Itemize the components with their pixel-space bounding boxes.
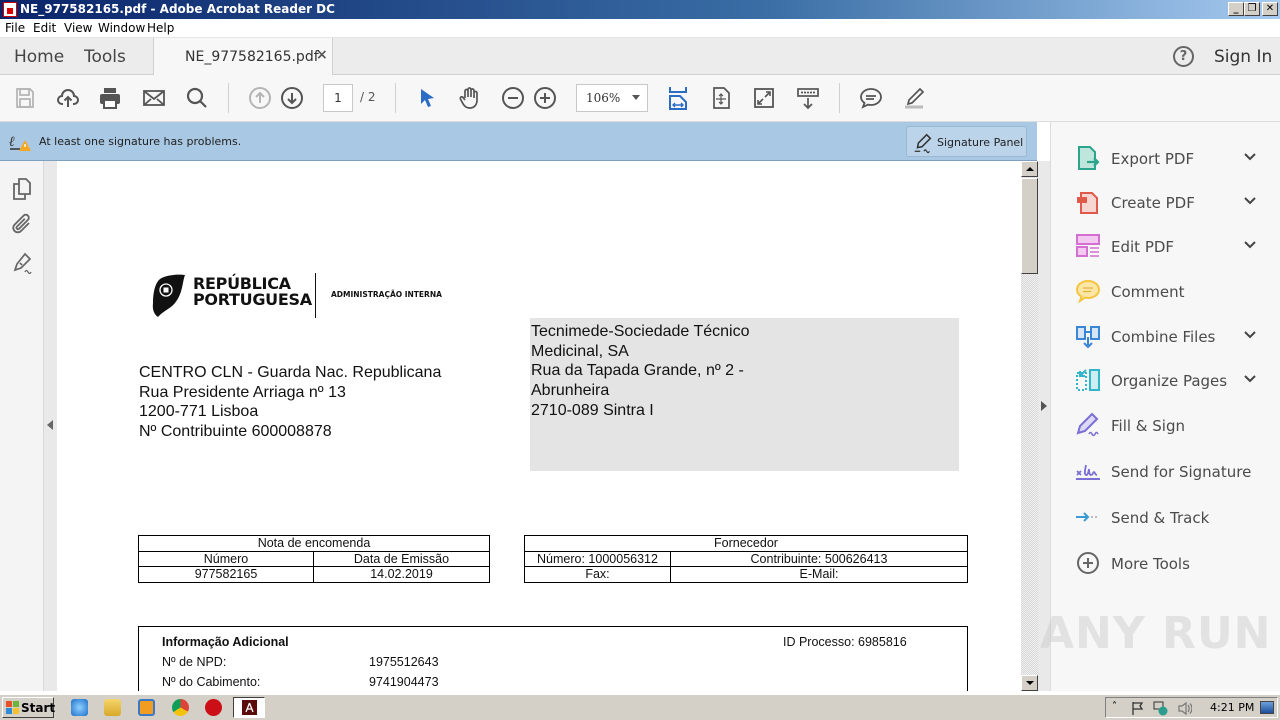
tool-label: Comment [1111, 283, 1185, 301]
prev-page-icon[interactable] [247, 85, 273, 111]
signature-pen-icon [912, 132, 934, 154]
tab-bar: Home Tools NE_977582165.pdf × ? Sign In [0, 38, 1280, 75]
close-tab-icon[interactable]: × [316, 47, 328, 63]
logo-line-2: PORTUGUESA [193, 292, 312, 308]
tool-label: Organize Pages [1111, 372, 1227, 390]
tab-home[interactable]: Home [14, 47, 64, 67]
tools-pane: Export PDF Create PDF Edit PDF Comment C… [1050, 122, 1280, 691]
close-button[interactable]: ✕ [1262, 2, 1278, 16]
system-tray: ˄ 4:21 PM [1105, 697, 1278, 718]
help-icon[interactable]: ? [1173, 46, 1194, 67]
supplier-email: E-Mail: [671, 567, 968, 583]
order-number: 977582165 [139, 567, 314, 583]
supplier-tax-id: Contribuinte: 500626413 [671, 551, 968, 567]
minimize-button[interactable]: _ [1228, 2, 1244, 16]
page-number-input[interactable]: 1 [323, 84, 353, 112]
sender-line: 1200-771 Lisboa [139, 402, 441, 422]
chevron-down-icon [632, 95, 640, 100]
create-pdf-icon [1075, 189, 1101, 215]
internet-explorer-icon[interactable] [71, 699, 88, 716]
fit-page-icon[interactable] [708, 85, 734, 111]
tool-more-tools[interactable]: More Tools [1051, 543, 1280, 583]
clock[interactable]: 4:21 PM [1210, 701, 1254, 714]
send-for-signature-icon [1075, 458, 1101, 484]
scroll-up-button[interactable] [1021, 161, 1038, 177]
volume-icon[interactable] [1177, 701, 1192, 716]
next-page-icon[interactable] [279, 85, 305, 111]
tool-label: Export PDF [1111, 150, 1194, 168]
scroll-down-button[interactable] [1021, 675, 1038, 691]
zoom-out-icon[interactable] [500, 85, 526, 111]
order-header-number: Número [139, 551, 314, 567]
signature-warning-bar: ℓ At least one signature has problems. S… [0, 122, 1037, 161]
menu-help[interactable]: Help [147, 21, 174, 35]
more-tools-icon [1075, 550, 1101, 576]
chevron-down-icon[interactable] [1243, 150, 1257, 164]
sender-address: CENTRO CLN - Guarda Nac. Republicana Rua… [139, 363, 441, 442]
upload-cloud-icon[interactable] [55, 85, 81, 111]
tool-edit-pdf[interactable]: Edit PDF [1051, 226, 1280, 266]
chevron-down-icon[interactable] [1243, 372, 1257, 386]
page-thumbnails-icon[interactable] [10, 177, 34, 201]
edit-pdf-icon [1075, 233, 1101, 259]
recipient-address-box: Tecnimede-Sociedade Técnico Medicinal, S… [530, 318, 959, 471]
show-desktop-icon[interactable] [1260, 701, 1274, 714]
logo-department: ADMINISTRAÇÃO INTERNA [331, 290, 442, 299]
signatures-icon[interactable] [10, 251, 34, 275]
tool-label: Send for Signature [1111, 463, 1251, 481]
full-screen-icon[interactable] [751, 85, 777, 111]
sender-line: Nº Contribuinte 600008878 [139, 422, 441, 442]
action-center-flag-icon[interactable] [1131, 701, 1145, 715]
tool-label: More Tools [1111, 555, 1190, 573]
toolbar-separator [839, 83, 840, 113]
toolbar-separator [228, 83, 229, 113]
svg-text:ℓ: ℓ [9, 134, 15, 150]
tool-label: Edit PDF [1111, 238, 1174, 256]
tool-create-pdf[interactable]: Create PDF [1051, 182, 1280, 222]
logo-divider [315, 273, 316, 318]
additional-info-box: Informação Adicional ID Processo: 698581… [138, 626, 968, 691]
chrome-icon[interactable] [172, 699, 189, 716]
npd-value: 1975512643 [369, 655, 439, 669]
tool-send-track[interactable]: Send & Track [1051, 497, 1280, 537]
menu-edit[interactable]: Edit [33, 21, 56, 35]
print-icon[interactable] [97, 85, 123, 111]
signature-panel-label: Signature Panel [937, 136, 1023, 149]
zoom-value: 106% [586, 91, 620, 105]
recipient-line: Tecnimede-Sociedade Técnico [531, 322, 750, 342]
recipient-line: 2710-089 Sintra I [531, 401, 750, 421]
republica-portuguesa-logo: REPÚBLICA PORTUGUESA ADMINISTRAÇÃO INTER… [152, 273, 492, 321]
highlight-pen-icon[interactable] [901, 85, 927, 111]
email-icon[interactable] [141, 85, 167, 111]
tool-fill-sign[interactable]: Fill & Sign [1051, 405, 1280, 445]
menu-file[interactable]: File [5, 21, 25, 35]
recipient-line: Abrunheira [531, 381, 750, 401]
tab-tools[interactable]: Tools [84, 47, 126, 67]
chevron-right-icon [1041, 401, 1047, 411]
windows-logo-icon [6, 701, 19, 714]
comment-tool-icon [1075, 278, 1101, 304]
network-icon[interactable] [1153, 701, 1168, 716]
media-player-icon[interactable] [138, 699, 155, 716]
menu-window[interactable]: Window [98, 21, 145, 35]
acrobat-taskbar-button[interactable] [233, 697, 265, 718]
zoom-select[interactable]: 106% [576, 84, 648, 112]
tool-export-pdf[interactable]: Export PDF [1051, 138, 1280, 178]
acrobat-app-icon [3, 2, 17, 17]
cabimento-value: 9741904473 [369, 675, 439, 689]
chevron-left-icon [47, 420, 53, 430]
opera-icon[interactable] [205, 699, 222, 716]
restore-button[interactable]: ❐ [1244, 2, 1260, 16]
toolbar-separator [395, 83, 396, 113]
signature-warning-icon: ℓ [9, 131, 33, 153]
document-tab-label: NE_977582165.pdf [185, 49, 319, 65]
start-label: Start [21, 701, 55, 715]
signature-warning-message: At least one signature has problems. [39, 135, 241, 148]
additional-info-title: Informação Adicional [162, 635, 289, 649]
zoom-in-icon[interactable] [532, 85, 558, 111]
process-id: ID Processo: 6985816 [783, 635, 907, 649]
tool-label: Create PDF [1111, 194, 1195, 212]
export-pdf-icon [1075, 145, 1101, 171]
tool-label: Send & Track [1111, 509, 1209, 527]
sender-line: CENTRO CLN - Guarda Nac. Republicana [139, 363, 441, 383]
supplier-number: Número: 1000056312 [525, 551, 671, 567]
start-button[interactable]: Start [2, 697, 54, 718]
tool-organize-pages[interactable]: Organize Pages [1051, 360, 1280, 400]
supplier-fax: Fax: [525, 567, 671, 583]
search-icon[interactable] [184, 85, 210, 111]
sign-in-button[interactable]: Sign In [1214, 47, 1272, 67]
toolbar: 1 / 2 106% [0, 75, 1280, 122]
taskbar: Start ˄ 4:21 PM [0, 694, 1280, 720]
chevron-down-icon[interactable] [1243, 328, 1257, 342]
fit-width-icon[interactable] [665, 85, 691, 111]
hand-tool-icon[interactable] [457, 85, 483, 111]
chevron-down-icon[interactable] [1243, 194, 1257, 208]
recipient-line: Medicinal, SA [531, 342, 750, 362]
scroll-thumb[interactable] [1021, 178, 1038, 274]
tool-send-for-signature[interactable]: Send for Signature [1051, 451, 1280, 491]
file-explorer-icon[interactable] [104, 699, 121, 716]
order-header-date: Data de Emissão [314, 551, 490, 567]
scroll-mode-icon[interactable] [795, 85, 821, 111]
send-track-icon [1075, 504, 1101, 530]
order-date: 14.02.2019 [314, 567, 490, 583]
recipient-line: Rua da Tapada Grande, nº 2 - [531, 361, 750, 381]
tool-label: Combine Files [1111, 328, 1215, 346]
show-hidden-icons[interactable]: ˄ [1112, 701, 1117, 712]
anyrun-watermark: ANY RUN [1040, 608, 1272, 659]
npd-label: Nº de NPD: [162, 655, 226, 669]
comment-icon[interactable] [858, 85, 884, 111]
menu-view[interactable]: View [64, 21, 92, 35]
attachments-icon[interactable] [10, 213, 34, 237]
sender-line: Rua Presidente Arriaga nº 13 [139, 383, 441, 403]
select-cursor-icon[interactable] [414, 85, 440, 111]
tab-document[interactable]: NE_977582165.pdf × [153, 38, 333, 75]
order-table-title: Nota de encomenda [139, 536, 490, 552]
window-title: NE_977582165.pdf - Adobe Acrobat Reader … [20, 2, 335, 16]
order-table: Nota de encomenda NúmeroData de Emissão … [138, 535, 490, 583]
supplier-table-title: Fornecedor [525, 536, 968, 552]
save-icon[interactable] [12, 85, 38, 111]
tool-label: Fill & Sign [1111, 417, 1185, 435]
pdf-document-page[interactable]: REPÚBLICA PORTUGUESA ADMINISTRAÇÃO INTER… [57, 161, 1021, 691]
tool-comment[interactable]: Comment [1051, 271, 1280, 311]
left-navigation-pane [0, 161, 44, 691]
vertical-scrollbar[interactable] [1021, 161, 1038, 691]
tool-combine-files[interactable]: Combine Files [1051, 316, 1280, 356]
coat-of-arms-icon [152, 273, 186, 319]
chevron-down-icon[interactable] [1243, 238, 1257, 252]
organize-pages-icon [1075, 367, 1101, 393]
cabimento-label: Nº do Cabimento: [162, 675, 260, 689]
supplier-table: Fornecedor Número: 1000056312Contribuint… [524, 535, 968, 583]
menu-bar: File Edit View Window Help [0, 19, 1280, 38]
fill-sign-icon [1075, 412, 1101, 438]
title-bar: NE_977582165.pdf - Adobe Acrobat Reader … [0, 0, 1280, 19]
combine-files-icon [1075, 323, 1101, 349]
signature-panel-button[interactable]: Signature Panel [906, 126, 1027, 157]
page-total: / 2 [360, 90, 376, 104]
left-pane-toggle[interactable] [44, 161, 57, 691]
acrobat-icon [242, 700, 257, 715]
